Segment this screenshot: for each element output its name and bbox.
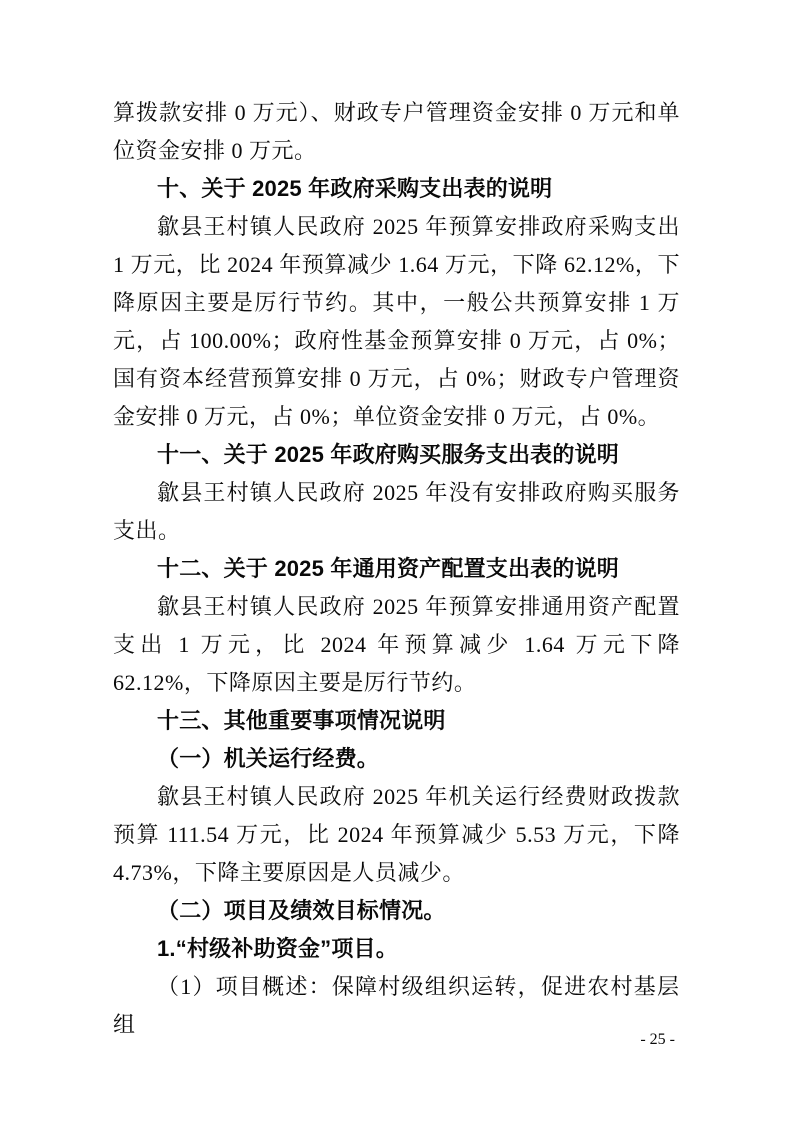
paragraph-operating-expenses-detail: 歙县王村镇人民政府 2025 年机关运行经费财政拨款预算 111.54 万元，比… — [113, 778, 680, 892]
section-heading-10: 十、关于 2025 年政府采购支出表的说明 — [113, 170, 680, 208]
section-heading-11: 十一、关于 2025 年政府购买服务支出表的说明 — [113, 436, 680, 474]
paragraph-purchased-services: 歙县王村镇人民政府 2025 年没有安排政府购买服务支出。 — [113, 474, 680, 550]
paragraph-asset-allocation: 歙县王村镇人民政府 2025 年预算安排通用资产配置支出 1 万元，比 2024… — [113, 588, 680, 702]
paragraph-procurement-detail: 歙县王村镇人民政府 2025 年预算安排政府采购支出 1 万元，比 2024 年… — [113, 208, 680, 436]
subsection-heading-operating-expenses: （一）机关运行经费。 — [113, 740, 680, 778]
project-heading-village-subsidy: 1.“村级补助资金”项目。 — [113, 930, 680, 968]
section-heading-12: 十二、关于 2025 年通用资产配置支出表的说明 — [113, 550, 680, 588]
document-page: 算拨款安排 0 万元）、财政专户管理资金安排 0 万元和单位资金安排 0 万元。… — [0, 0, 793, 1122]
subsection-heading-project-performance: （二）项目及绩效目标情况。 — [113, 892, 680, 930]
page-number: - 25 - — [640, 1030, 675, 1050]
paragraph-continuation: 算拨款安排 0 万元）、财政专户管理资金安排 0 万元和单位资金安排 0 万元。 — [113, 94, 680, 170]
section-heading-13: 十三、其他重要事项情况说明 — [113, 702, 680, 740]
paragraph-project-overview: （1）项目概述：保障村级组织运转，促进农村基层组 — [113, 968, 680, 1044]
